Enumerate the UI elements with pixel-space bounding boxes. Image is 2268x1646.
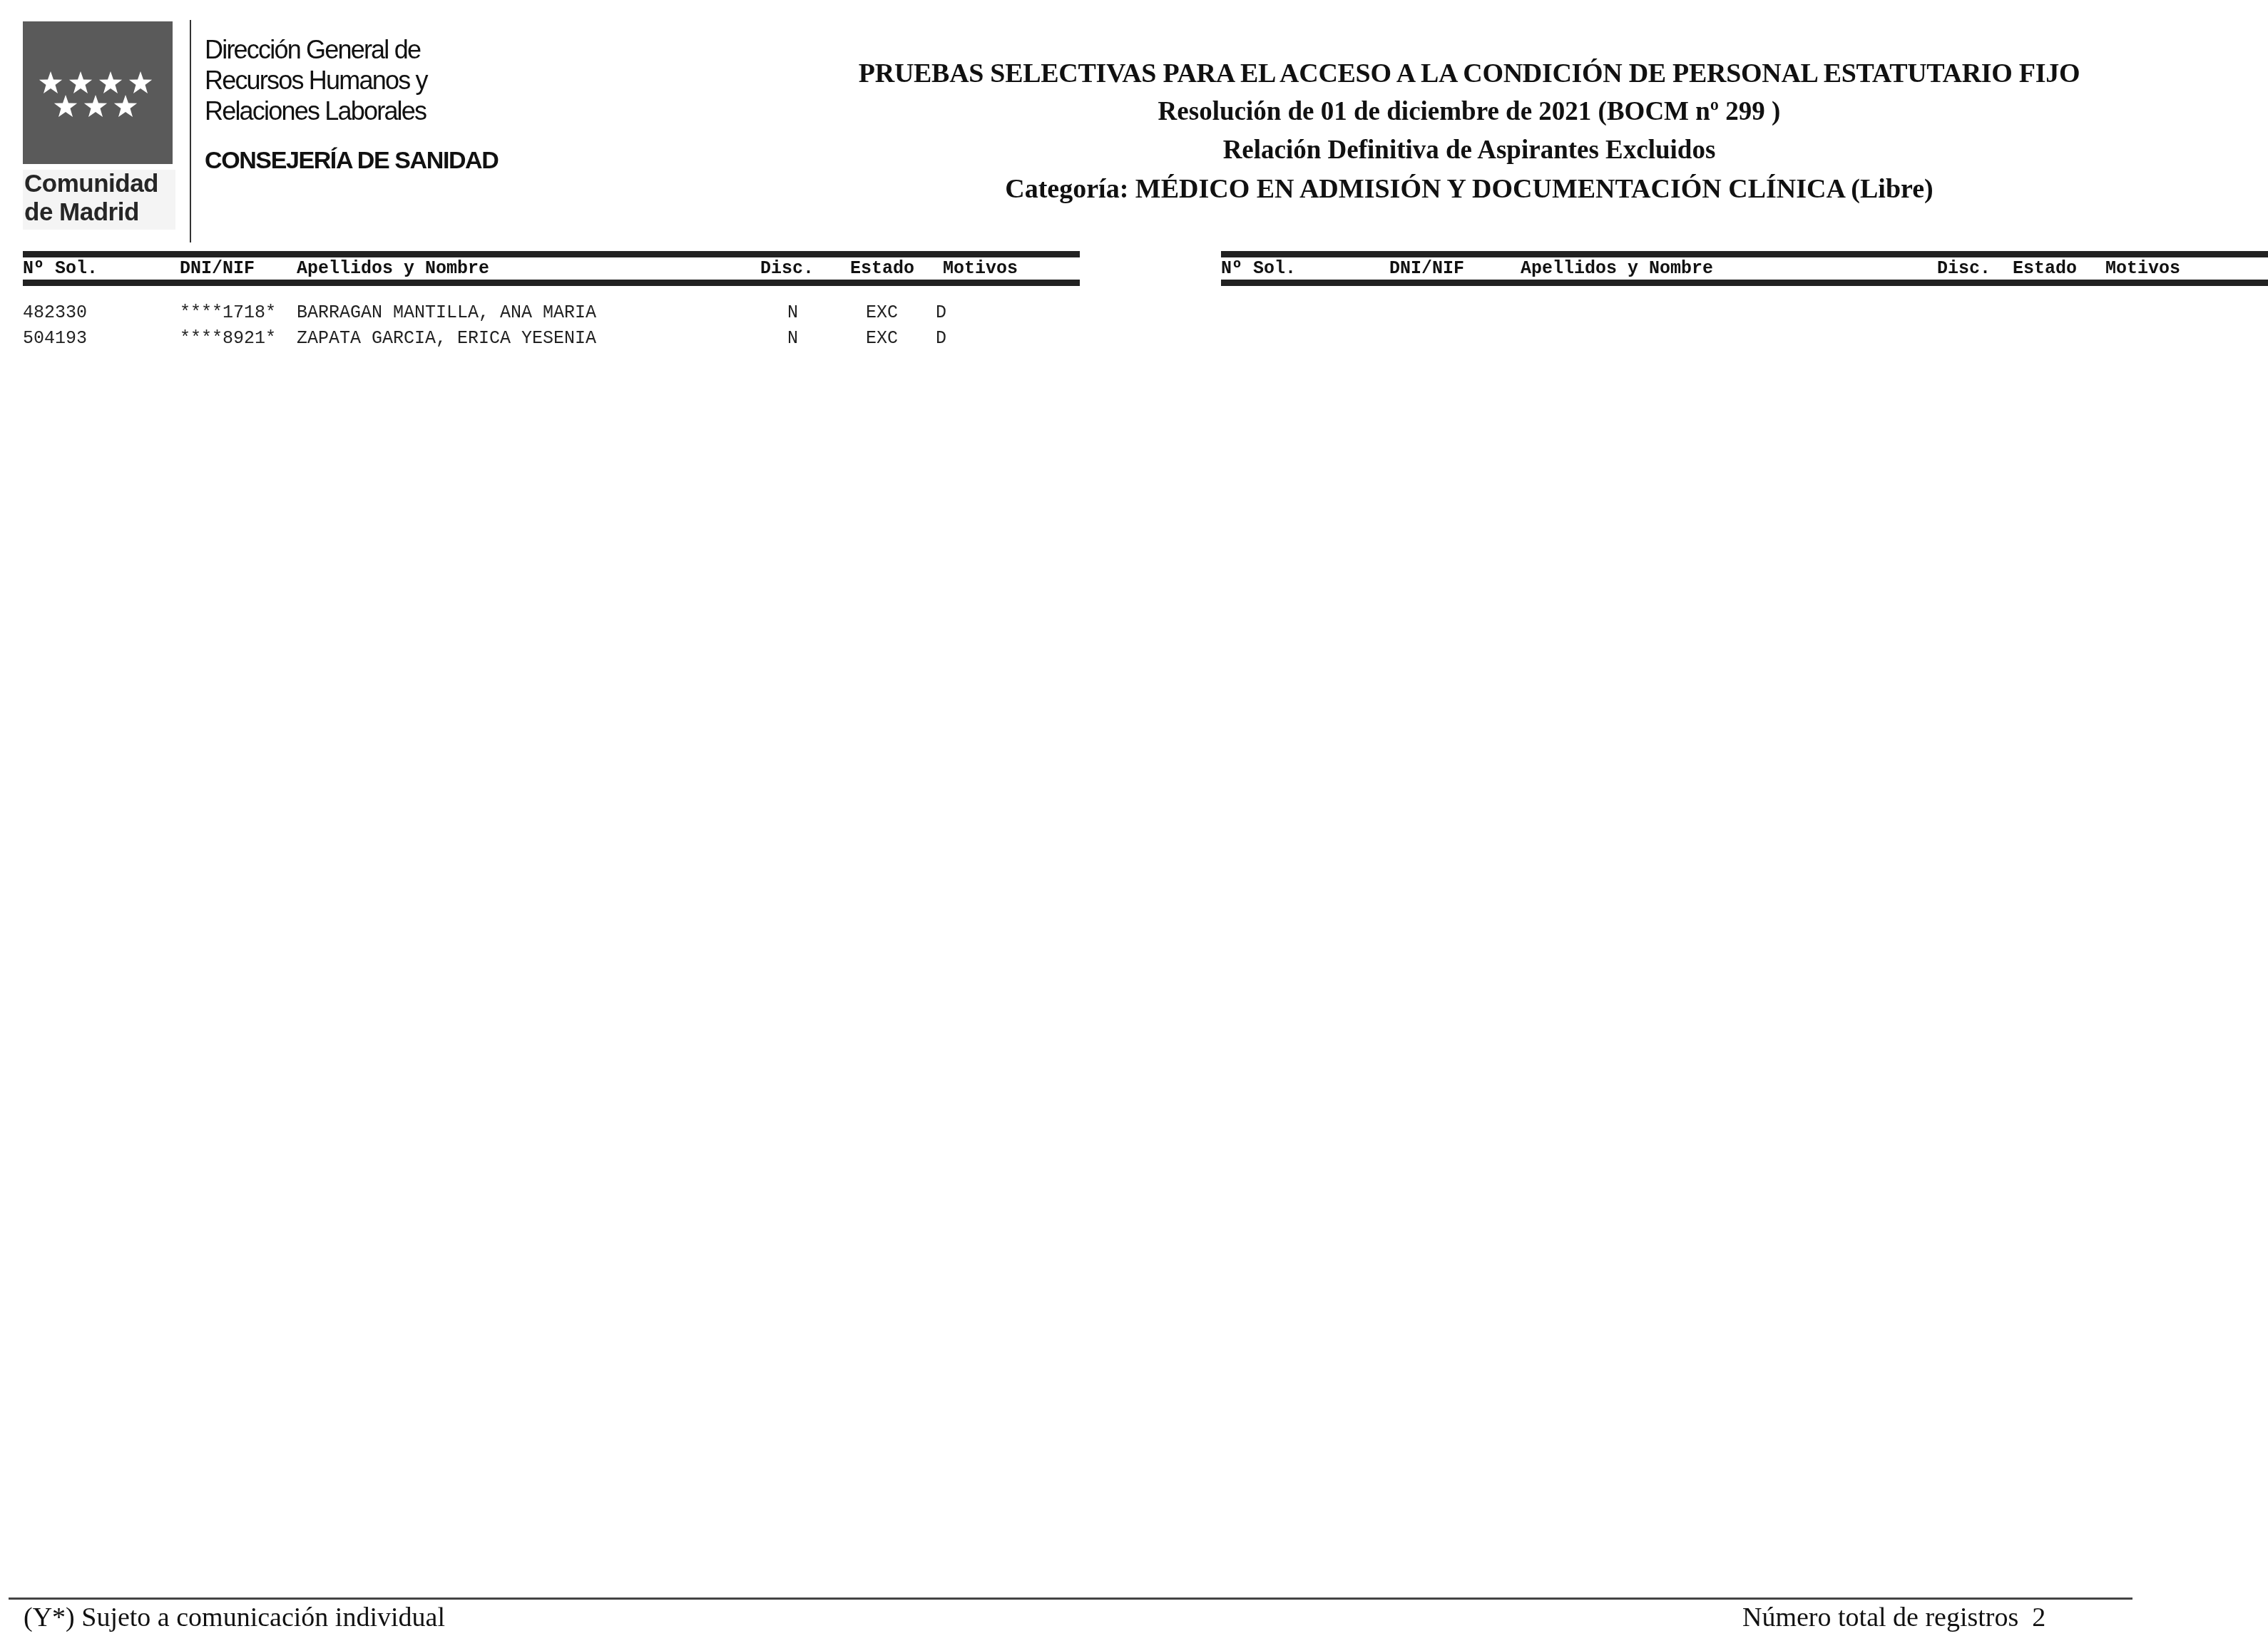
table-row: 504193 ****8921* ZAPATA GARCIA, ERICA YE… xyxy=(23,326,1080,352)
table-top-rule xyxy=(1221,251,2268,257)
header-estado: Estado xyxy=(850,257,914,280)
table-row: 482330 ****1718* BARRAGAN MANTILLA, ANA … xyxy=(23,300,1080,326)
header-dni: DNI/NIF xyxy=(180,257,255,280)
organization-line-2: Recursos Humanos y xyxy=(205,65,427,96)
document-title: PRUEBAS SELECTIVAS PARA EL ACCESO A LA C… xyxy=(756,54,2182,208)
cell-nombre: BARRAGAN MANTILLA, ANA MARIA xyxy=(297,300,596,326)
cell-dni: ****1718* xyxy=(180,300,276,326)
cell-sol: 504193 xyxy=(23,326,87,352)
logo-line-1: Comunidad xyxy=(24,170,175,198)
logo-line-2: de Madrid xyxy=(24,198,175,227)
department-name: CONSEJERÍA DE SANIDAD xyxy=(205,147,498,175)
header-estado: Estado xyxy=(2013,257,2077,280)
total-label: Número total de registros xyxy=(1742,1602,2018,1632)
header-motivos: Motivos xyxy=(2105,257,2180,280)
header-disc: Disc. xyxy=(760,257,814,280)
organization-line-1: Dirección General de xyxy=(205,34,427,65)
excluded-applicants-table-left: Nº Sol. DNI/NIF Apellidos y Nombre Disc.… xyxy=(23,251,1080,352)
cell-dni: ****8921* xyxy=(180,326,276,352)
header-sol: Nº Sol. xyxy=(23,257,98,280)
header-dni: DNI/NIF xyxy=(1389,257,1464,280)
header-nombre: Apellidos y Nombre xyxy=(1521,257,1713,280)
cell-nombre: ZAPATA GARCIA, ERICA YESENIA xyxy=(297,326,596,352)
organization-line-3: Relaciones Laborales xyxy=(205,96,427,126)
table-header-rule xyxy=(1221,280,2268,286)
cell-estado: EXC xyxy=(866,300,898,326)
title-list-type: Relación Definitiva de Aspirantes Exclui… xyxy=(756,131,2182,170)
header-sol: Nº Sol. xyxy=(1221,257,1296,280)
header-nombre: Apellidos y Nombre xyxy=(297,257,489,280)
table-header: Nº Sol. DNI/NIF Apellidos y Nombre Disc.… xyxy=(1221,257,2268,280)
table-body: 482330 ****1718* BARRAGAN MANTILLA, ANA … xyxy=(23,300,1080,352)
header-disc: Disc. xyxy=(1937,257,1991,280)
comunidad-de-madrid-logo: Comunidad de Madrid xyxy=(23,21,175,228)
footer-note: (Y*) Sujeto a comunicación individual xyxy=(24,1600,445,1635)
table-header-rule xyxy=(23,280,1080,286)
title-category: Categoría: MÉDICO EN ADMISIÓN Y DOCUMENT… xyxy=(756,170,2182,208)
seven-stars-icon xyxy=(23,21,173,164)
total-value: 2 xyxy=(2032,1602,2045,1632)
footer-rule xyxy=(9,1598,2132,1600)
table-top-rule xyxy=(23,251,1080,257)
title-resolution: Resolución de 01 de diciembre de 2021 (B… xyxy=(756,93,2182,131)
footer-total-records: Número total de registros 2 xyxy=(1742,1600,2045,1635)
cell-disc: N xyxy=(787,300,798,326)
cell-motivos: D xyxy=(936,300,946,326)
cell-motivos: D xyxy=(936,326,946,352)
cell-estado: EXC xyxy=(866,326,898,352)
cell-disc: N xyxy=(787,326,798,352)
logo-wordmark: Comunidad de Madrid xyxy=(23,170,175,230)
organization-name: Dirección General de Recursos Humanos y … xyxy=(205,34,427,126)
cell-sol: 482330 xyxy=(23,300,87,326)
excluded-applicants-table-right: Nº Sol. DNI/NIF Apellidos y Nombre Disc.… xyxy=(1221,251,2268,286)
title-line-1: PRUEBAS SELECTIVAS PARA EL ACCESO A LA C… xyxy=(756,54,2182,93)
header-motivos: Motivos xyxy=(943,257,1018,280)
table-header: Nº Sol. DNI/NIF Apellidos y Nombre Disc.… xyxy=(23,257,1080,280)
header-divider xyxy=(190,20,191,242)
